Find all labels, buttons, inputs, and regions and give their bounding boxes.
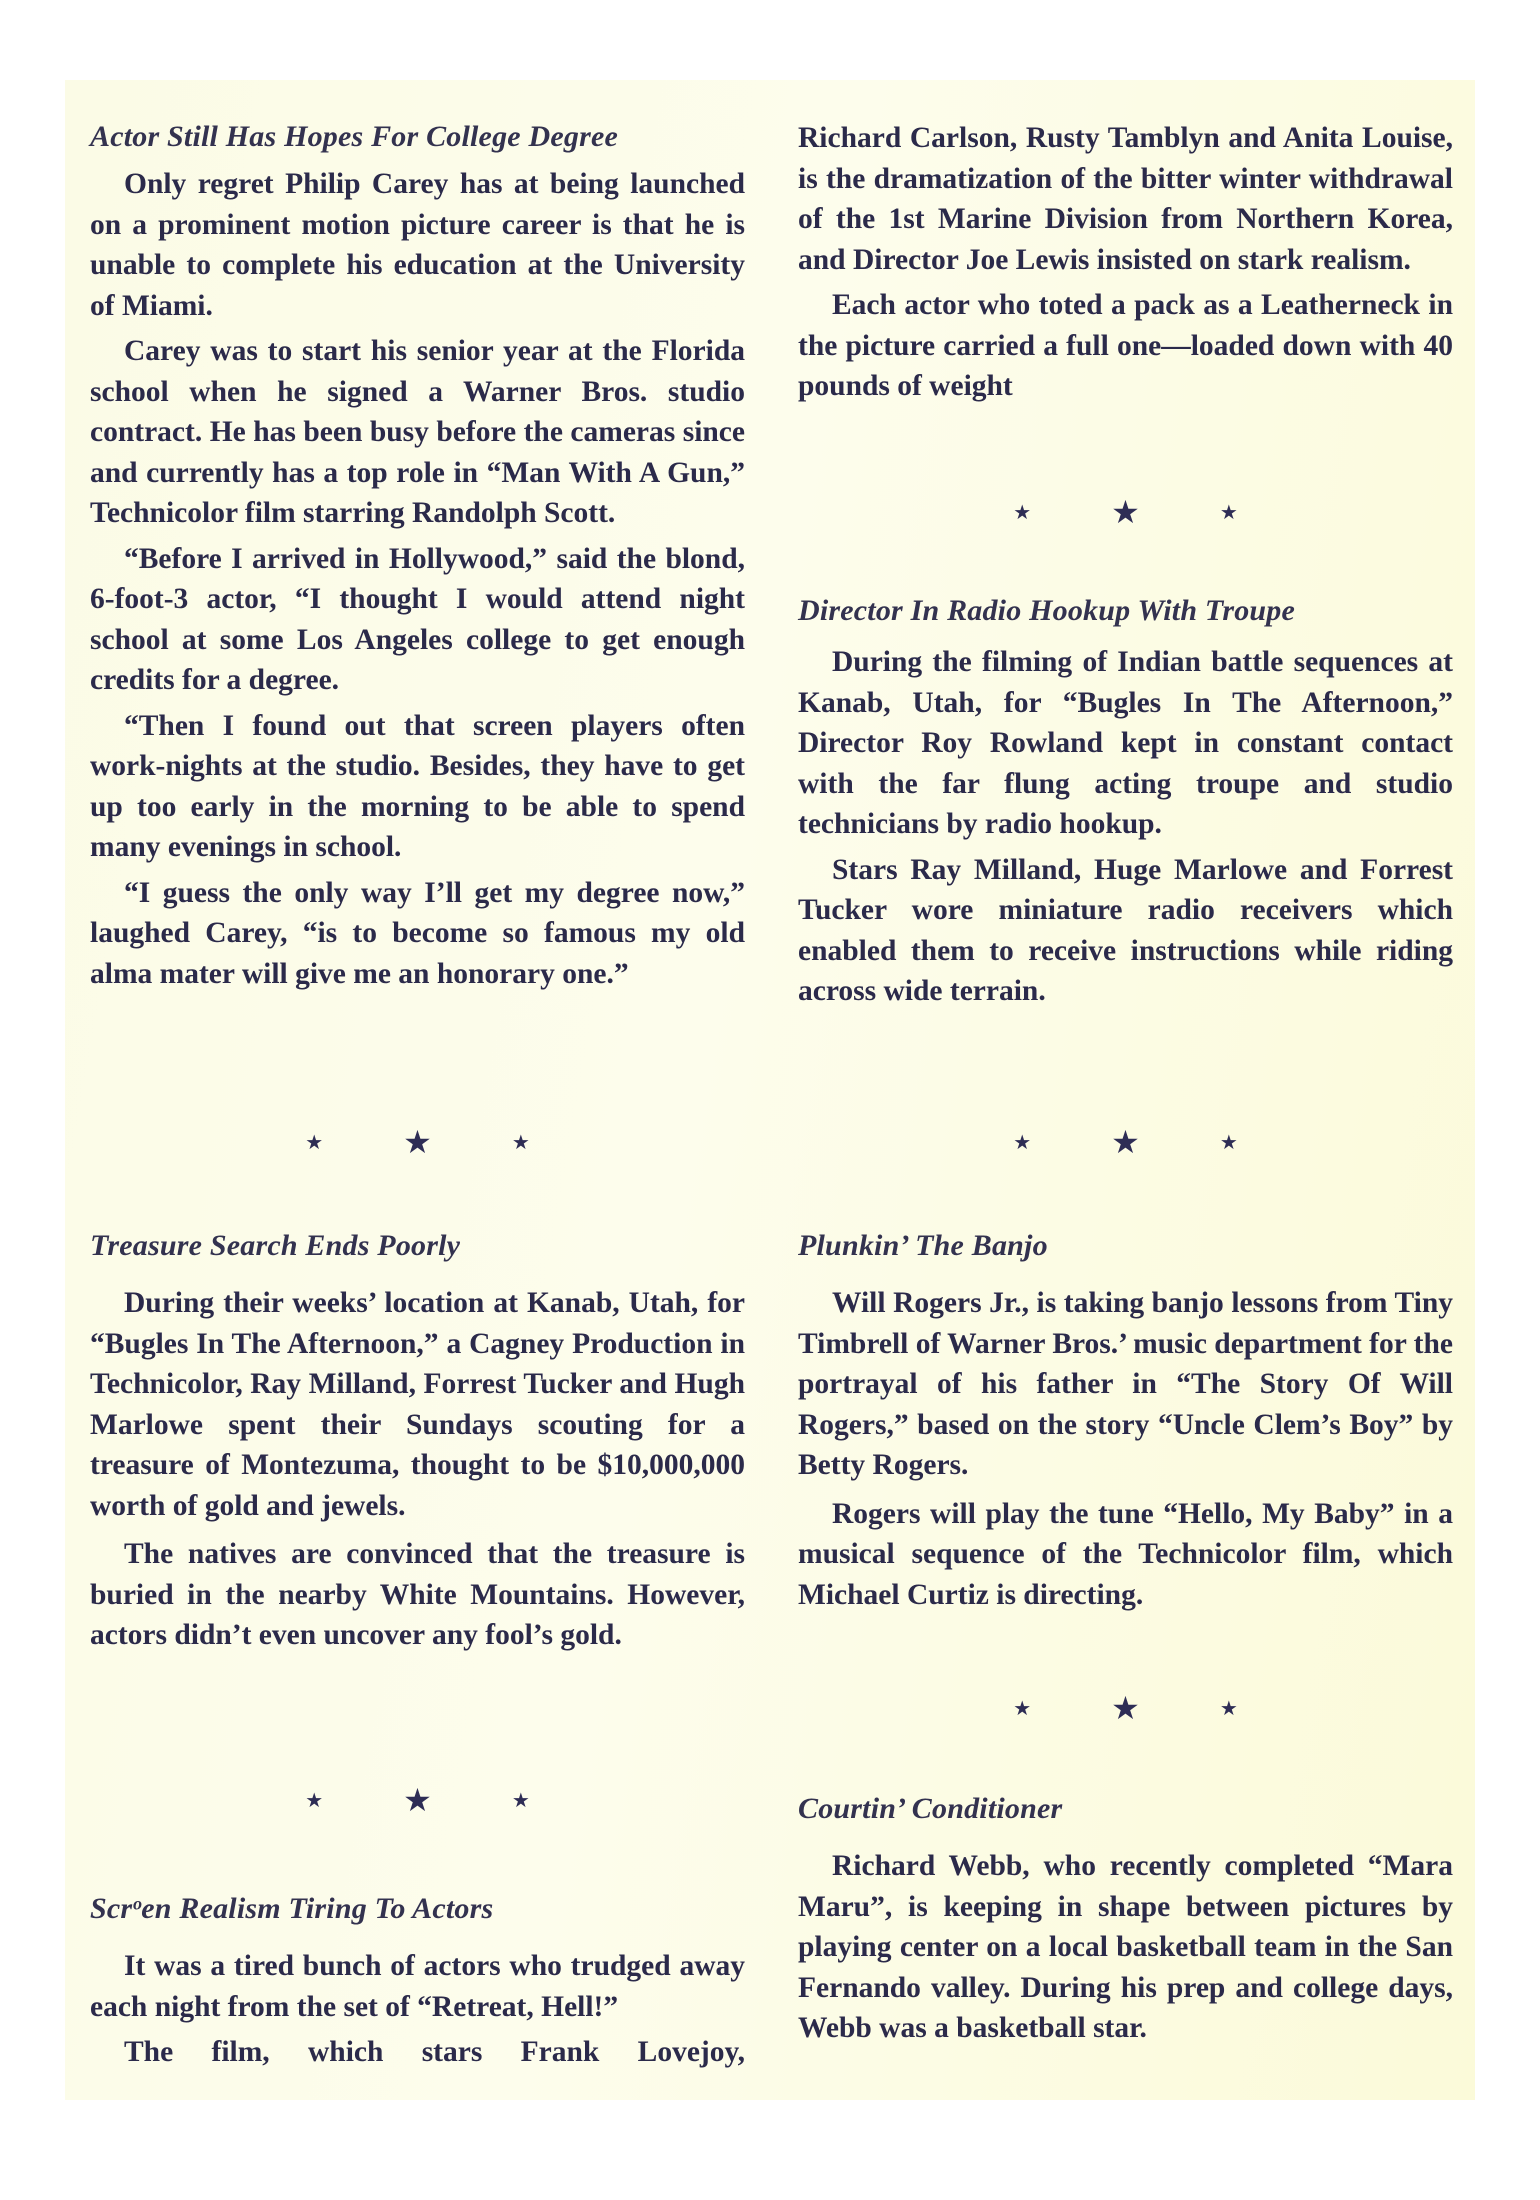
- headline: Courtin’ Conditioner: [798, 1790, 1453, 1828]
- paragraph: During their weeks’ location at Kanab, U…: [90, 1283, 745, 1526]
- star-separator: ★ ★ ★: [90, 1780, 745, 1820]
- star-icon: ★: [1013, 1130, 1031, 1155]
- star-icon: ★: [1220, 500, 1238, 525]
- star-icon: ★: [1013, 500, 1031, 525]
- paragraph: Each actor who toted a pack as a Leather…: [798, 285, 1453, 407]
- paragraph: Richard Carlson, Rusty Tamblyn and Anita…: [798, 118, 1453, 280]
- magazine-page: Actor Still Has Hopes For College Degree…: [65, 80, 1475, 2100]
- paragraph: “Then I found out that screen players of…: [90, 706, 745, 868]
- paragraph: Rogers will play the tune “Hello, My Bab…: [798, 1494, 1453, 1616]
- story-actor-college-degree: Actor Still Has Hopes For College Degree…: [90, 118, 745, 994]
- story-screen-realism: Scrᵒen Realism Tiring To Actors It was a…: [90, 1890, 745, 2073]
- star-icon: ★: [1111, 493, 1140, 531]
- paragraph: Stars Ray Milland, Huge Marlowe and Forr…: [798, 850, 1453, 1012]
- paragraph: “I guess the only way I’ll get my degree…: [90, 873, 745, 995]
- story-director-radio-hookup: Director In Radio Hookup With Troupe Dur…: [798, 592, 1453, 1012]
- star-icon: ★: [305, 1130, 323, 1155]
- paragraph: During the filming of Indian battle sequ…: [798, 642, 1453, 845]
- star-icon: ★: [305, 1788, 323, 1813]
- star-separator: ★ ★ ★: [90, 1122, 745, 1162]
- star-icon: ★: [512, 1788, 530, 1813]
- story-plunkin-banjo: Plunkin’ The Banjo Will Rogers Jr., is t…: [798, 1227, 1453, 1615]
- star-icon: ★: [1111, 1689, 1140, 1727]
- paragraph: Only regret Philip Carey has at being la…: [90, 164, 745, 326]
- headline: Treasure Search Ends Poorly: [90, 1227, 745, 1265]
- paragraph: Richard Webb, who recently completed “Ma…: [798, 1846, 1453, 2049]
- star-icon: ★: [1013, 1696, 1031, 1721]
- headline: Plunkin’ The Banjo: [798, 1227, 1453, 1265]
- paragraph: “Before I arrived in Hollywood,” said th…: [90, 539, 745, 701]
- paragraph: The film, which stars Frank Lovejoy,: [90, 2032, 745, 2073]
- star-icon: ★: [512, 1130, 530, 1155]
- paragraph: Carey was to start his senior year at th…: [90, 331, 745, 534]
- headline: Scrᵒen Realism Tiring To Actors: [90, 1890, 745, 1928]
- star-icon: ★: [1220, 1696, 1238, 1721]
- story-courtin-conditioner: Courtin’ Conditioner Richard Webb, who r…: [798, 1790, 1453, 2049]
- star-separator: ★ ★ ★: [798, 492, 1453, 532]
- star-icon: ★: [403, 1781, 432, 1819]
- headline: Director In Radio Hookup With Troupe: [798, 592, 1453, 630]
- paragraph: Will Rogers Jr., is taking banjo lessons…: [798, 1283, 1453, 1486]
- star-icon: ★: [403, 1123, 432, 1161]
- story-screen-realism-continued: Richard Carlson, Rusty Tamblyn and Anita…: [798, 118, 1453, 407]
- star-icon: ★: [1111, 1123, 1140, 1161]
- headline: Actor Still Has Hopes For College Degree: [90, 118, 745, 156]
- star-separator: ★ ★ ★: [798, 1688, 1453, 1728]
- paragraph: The natives are convinced that the treas…: [90, 1534, 745, 1656]
- story-treasure-search: Treasure Search Ends Poorly During their…: [90, 1227, 745, 1656]
- star-separator: ★ ★ ★: [798, 1122, 1453, 1162]
- star-icon: ★: [1220, 1130, 1238, 1155]
- paragraph: It was a tired bunch of actors who trudg…: [90, 1946, 745, 2027]
